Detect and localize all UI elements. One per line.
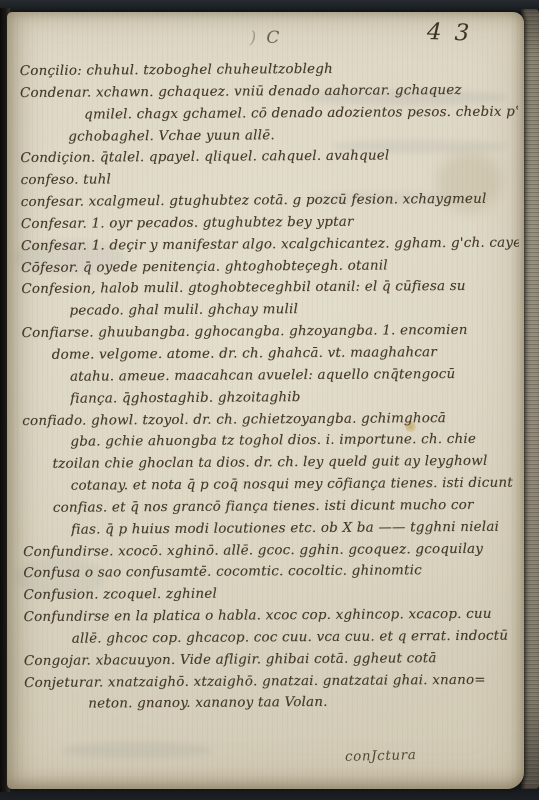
manuscript-line: Confiarse. ghuubangba. gghocangba. ghzoy… [22,320,520,345]
manuscript-line: neton. gnanoy. xananoy taa Volan. [88,691,522,716]
manuscript-line: Conjeturar. xnatzaighō. xtzaighō. gnatza… [24,669,522,694]
manuscript-line: cotanay. et nota q̄ p coq̄ nosqui mey cō… [71,473,521,498]
manuscript-line: fias. q̄ p huius modi locutiones etc. ob… [71,516,521,541]
manuscript-line: Confesar. 1. deçir y manifestar algo. xc… [21,232,519,257]
page-number: 43 [426,19,482,47]
manuscript-line: gba. gchie ahuongba tz toghol dios. i. i… [70,429,520,454]
manuscript-line: fiança. q̄ghostaghib. ghzoitaghib [70,385,520,410]
header-mark: ) [250,28,259,48]
photo-background: )C 43 Conçilio: chuhul. tzoboghel chuheu… [0,0,539,800]
manuscript-line: Confundirse. xcocō. xghinō. allē. gcoc. … [23,538,521,563]
section-letter: C [266,28,281,48]
manuscript-line: confesar. xcalgmeul. gtughubtez cotā. g … [21,189,519,214]
manuscript-line: pecado. ghal mulil. ghchay mulil [69,298,519,323]
manuscript-page: )C 43 Conçilio: chuhul. tzoboghel chuheu… [7,12,524,789]
manuscript-line: atahu. ameue. maacahcan avuelel: aquello… [70,363,520,388]
manuscript-line: qmilel. chagx gchamel. cō denado adozien… [84,101,518,126]
manuscript-text-block: Conçilio: chuhul. tzoboghel chuheultzobl… [20,58,523,717]
manuscript-line: confias. et q̄ nos grancō fiança tienes.… [53,494,521,519]
manuscript-line: Condenar. xchawn. gchaquez. vniū denado … [20,79,518,104]
catchword: conJctura [345,747,417,765]
manuscript-line: allē. ghcoc cop. ghcacop. coc cuu. vca c… [72,625,522,650]
manuscript-line: Confesion, halob mulil. gtoghobteceghbil… [21,276,519,301]
ink-showthrough-smudge [62,742,212,758]
manuscript-line: gchobaghel. Vchae yuun allē. [68,123,518,148]
